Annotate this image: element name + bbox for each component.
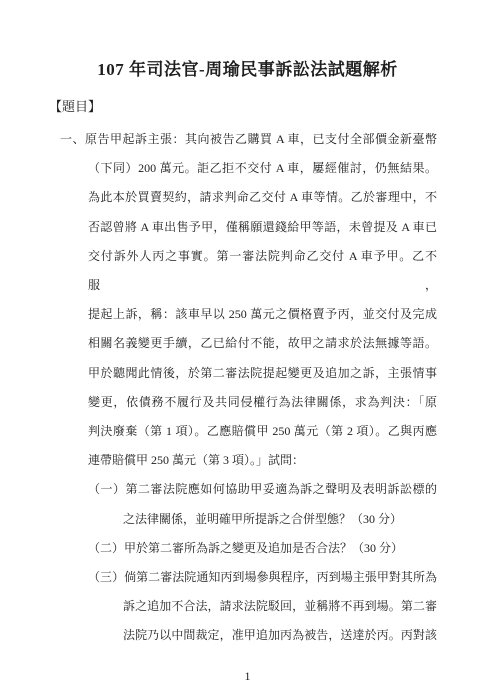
text-line: （下同）200 萬元。詎乙拒不交付 A 車，屢經催討，仍無結果。 <box>88 154 437 183</box>
sub-question-1: （一）第二審法院應如何協助甲妥適為訴之聲明及表明訴訟標的之法律關係，並明確甲所提… <box>123 475 437 533</box>
page-number: 1 <box>0 669 495 683</box>
question-1-paragraph: 一、原告甲起訴主張：其向被告乙購買 A 車，已支付全部價金新臺幣（下同）200 … <box>88 125 437 475</box>
paragraph-label: 一、 <box>60 132 85 146</box>
section-label: 【題目】 <box>49 93 495 121</box>
text-line: 提起上訴，稱：該車早以 250 萬元之價格賣予丙，並交付及完成 <box>88 300 437 329</box>
document-body: 一、原告甲起訴主張：其向被告乙購買 A 車，已支付全部價金新臺幣（下同）200 … <box>0 125 495 651</box>
paragraph-label: （一） <box>88 482 125 496</box>
text-line: 判決廢棄（第 1 項）。乙應賠償甲 250 萬元（第 2 項）。乙與丙應 <box>88 417 437 446</box>
text-line: 相關名義變更手續，乙已給付不能，故甲之請求於法無據等語。 <box>88 329 437 358</box>
text-line: （二）甲於第二審所為訴之變更及追加是否合法？（30 分） <box>88 534 437 563</box>
text-line: 一、原告甲起訴主張：其向被告乙購買 A 車，已支付全部價金新臺幣 <box>60 125 437 154</box>
paragraph-label: （二） <box>88 541 124 555</box>
text-line: 連帶賠償甲 250 萬元（第 3 項）。」試問： <box>88 446 437 475</box>
text-line: 為此本於買賣契約，請求判命乙交付 A 車等情。乙於審理中，不 <box>88 183 437 212</box>
paragraph-label: （三） <box>88 570 124 584</box>
text-line: 訴之追加不合法，請求法院駁回，並稱將不再到場。第二審 <box>123 592 437 621</box>
sub-question-2: （二）甲於第二審所為訴之變更及追加是否合法？（30 分） <box>123 534 437 563</box>
text-line: 法院乃以中間裁定，准甲追加丙為被告，送達於丙。丙對該 <box>123 621 437 650</box>
text-line: 變更，依債務不履行及共同侵權行為法律關係，求為判決：「原 <box>88 388 437 417</box>
text-line: 否認曾將 A 車出售予甲，僅稱願還錢給甲等語，未曾提及 A 車已 <box>88 213 437 242</box>
text-line: （一）第二審法院應如何協助甲妥適為訴之聲明及表明訴訟標的 <box>88 475 437 504</box>
text-line: （三）倘第二審法院通知丙到場參與程序，丙到場主張甲對其所為 <box>88 563 437 592</box>
sub-question-3: （三）倘第二審法院通知丙到場參與程序，丙到場主張甲對其所為訴之追加不合法，請求法… <box>123 563 437 651</box>
text-line: 甲於聽聞此情後，於第二審法院提起變更及追加之訴，主張情事 <box>88 359 437 388</box>
document-title: 107 年司法官-周瑜民事訴訟法試題解析 <box>0 0 495 83</box>
text-line: 交付訴外人丙之事實。第一審法院判命乙交付 A 車予甲。乙不服， <box>88 242 437 300</box>
document-page: 107 年司法官-周瑜民事訴訟法試題解析 【題目】 一、原告甲起訴主張：其向被告… <box>0 0 495 700</box>
text-line: 之法律關係，並明確甲所提訴之合併型態？（30 分） <box>123 505 437 534</box>
